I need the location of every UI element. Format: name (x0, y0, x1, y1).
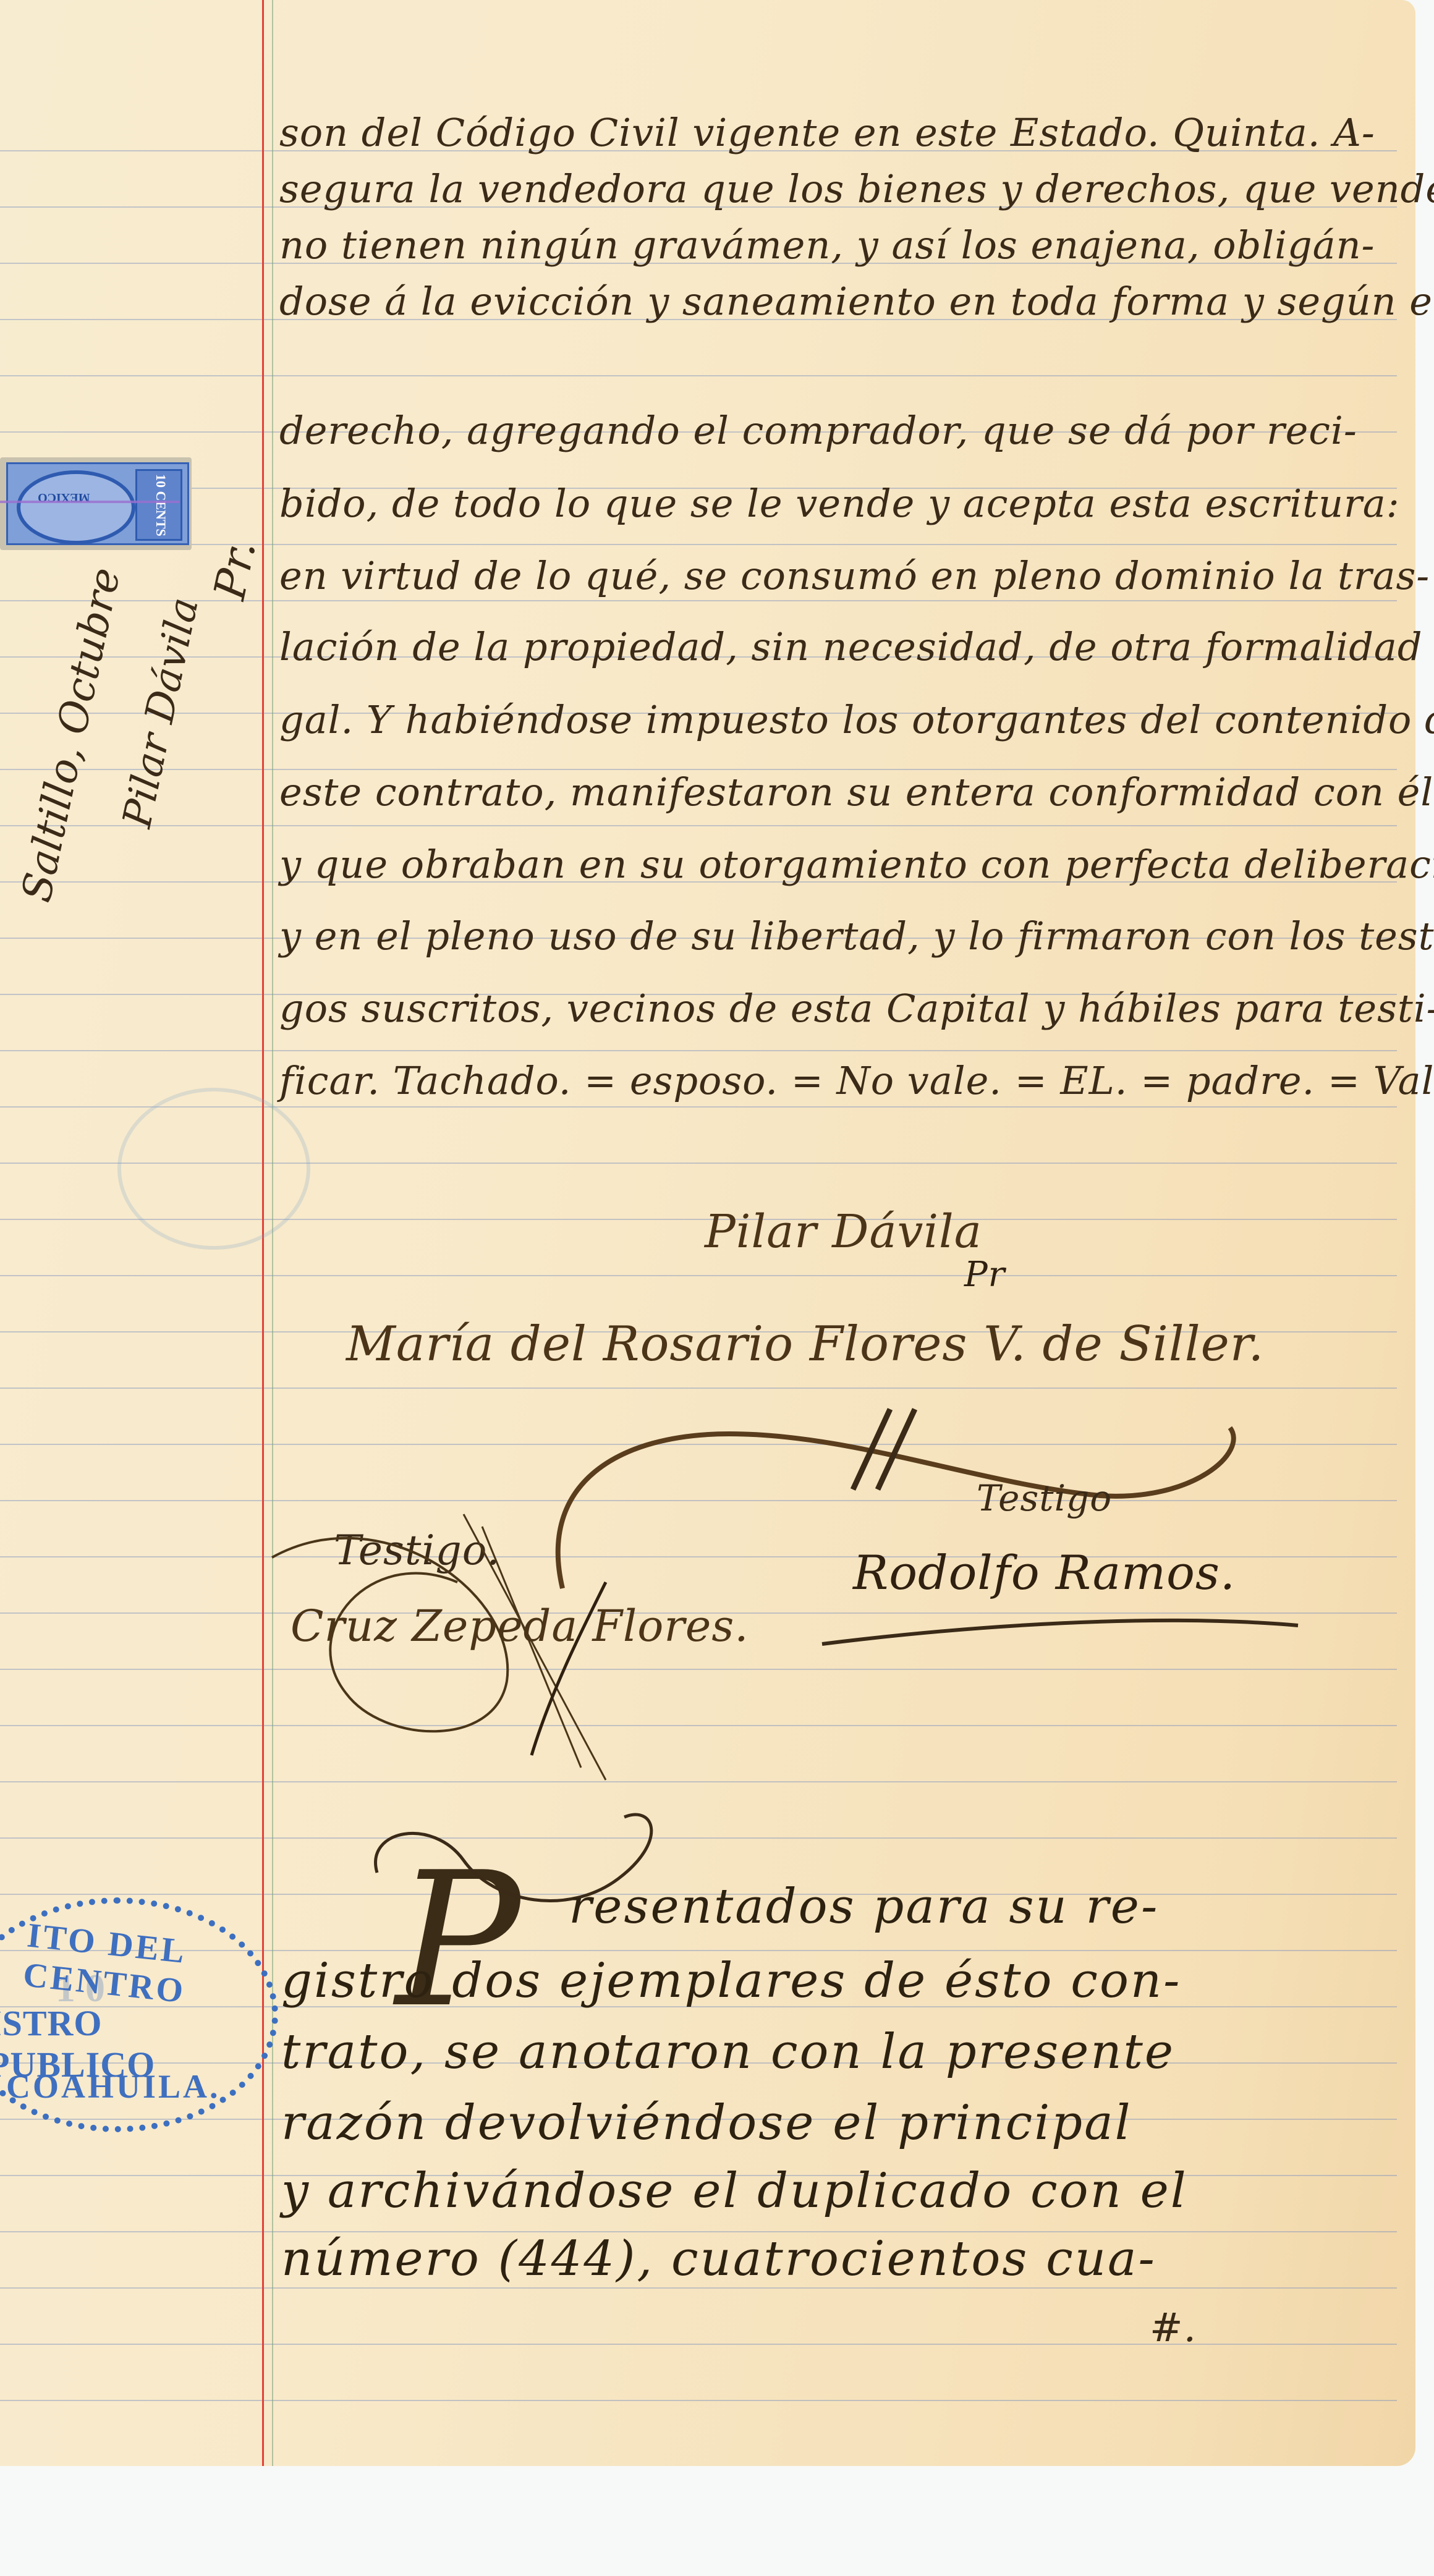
body-line: son del Código Civil vigente en este Est… (279, 110, 1375, 155)
signature-pilar-davila: Pilar Dávila (705, 1205, 982, 1258)
revenue-stamp: MEXICO 10 CENTS (0, 457, 192, 550)
registry-line: resentados para su re- (569, 1879, 1159, 1934)
margin-note-line-3: Pr. (204, 536, 266, 604)
body-line: bido, de todo lo que se le vende y acept… (279, 481, 1400, 526)
registry-line: número (444), cuatrocientos cua- (281, 2231, 1156, 2287)
signature-rubric: Pr (964, 1255, 1005, 1295)
registry-stamp: ITO DEL CENTRO 1 0 ISTRO PUBLICO COAHUIL… (0, 1897, 278, 2132)
body-line: gos suscritos, vecinos de esta Capital y… (279, 986, 1434, 1031)
document-page: MEXICO 10 CENTS Saltillo, Octubre Pilar … (0, 0, 1415, 2466)
registry-line: y archivándose el duplicado con el (281, 2163, 1188, 2219)
revenue-stamp-value: 10 CENTS (135, 469, 182, 541)
body-line: derecho, agregando el comprador, que se … (279, 408, 1357, 453)
witness-underline (816, 1601, 1310, 1656)
body-line: y en el pleno uso de su libertad, y lo f… (279, 913, 1434, 959)
registry-line: razón devolviéndose el principal (281, 2095, 1132, 2151)
registry-line: trato, se anotaron con la presente (281, 2024, 1175, 2080)
eagle-emblem-icon (17, 470, 135, 544)
body-line: gal. Y habiéndose impuesto los otorgante… (279, 697, 1434, 742)
stamp-cancellation-mark (0, 501, 179, 503)
body-line: y que obraban en su otorgamiento con per… (279, 842, 1434, 887)
body-line: segura la vendedora que los bienes y der… (279, 166, 1434, 211)
body-line: dose á la evicción y saneamiento en toda… (279, 279, 1434, 324)
margin-note-line-1: Saltillo, Octubre (12, 564, 130, 906)
witness-rubric-loops (260, 1508, 705, 1792)
faint-stamp (117, 1088, 310, 1250)
end-mark: #. (1150, 2305, 1197, 2351)
body-line: en virtud de lo qué, se consumó en pleno… (279, 553, 1430, 598)
body-line: lación de la propiedad, sin necesidad, d… (279, 624, 1434, 669)
signature-rodolfo-ramos: Rodolfo Ramos. (853, 1545, 1236, 1600)
witness-label-right: Testigo (977, 1477, 1112, 1519)
body-line: ficar. Tachado. = esposo. = No vale. = E… (279, 1058, 1434, 1103)
body-line: este contrato, manifestaron su entera co… (279, 769, 1434, 815)
registry-line: gistro dos ejemplares de ésto con- (281, 1953, 1182, 2009)
body-line: no tienen ningún gravámen, y así los ena… (279, 222, 1375, 268)
registry-stamp-bottom: COAHUILA. (6, 2067, 221, 2106)
